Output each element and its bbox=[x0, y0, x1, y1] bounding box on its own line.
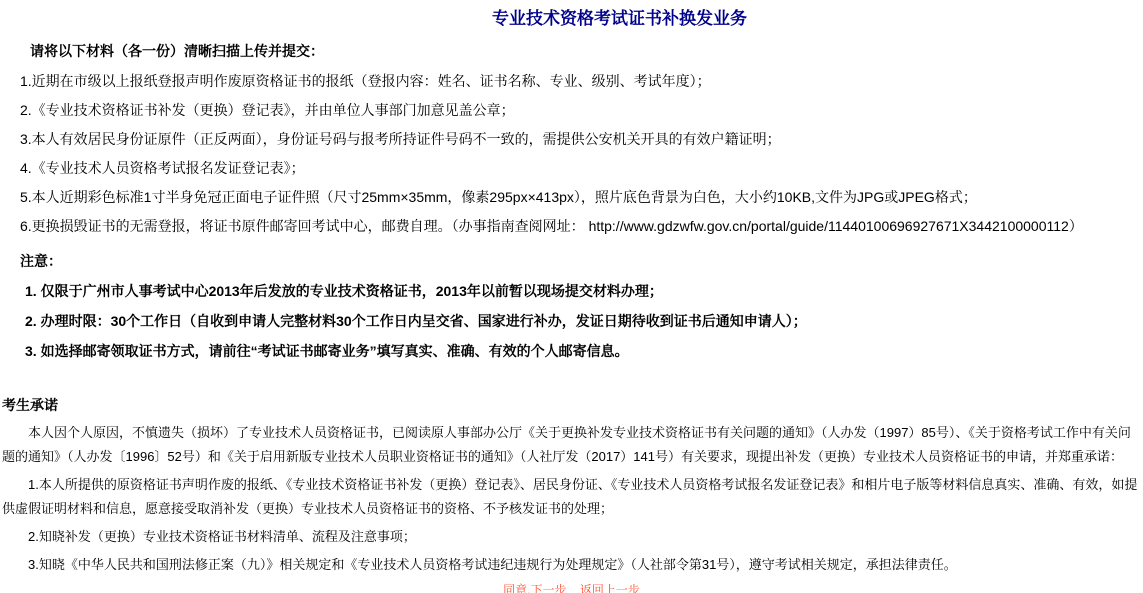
material-item-5: 5.本人近期彩色标准1寸半身免冠正面电子证件照（尺寸25mm×35mm，像素29… bbox=[20, 188, 1143, 206]
notice-item-2: 2. 办理时限：30个工作日（自收到申请人完整材料30个工作日内呈交省、国家进行… bbox=[25, 312, 1143, 330]
pledge-item-1: 1.本人所提供的原资格证书声明作废的报纸、《专业技术资格证书补发（更换）登记表》… bbox=[2, 473, 1141, 521]
material-item-1: 1.近期在市级以上报纸登报声明作废原资格证书的报纸（登报内容：姓名、证书名称、专… bbox=[20, 72, 1143, 90]
materials-heading: 请将以下材料（各一份）清晰扫描上传并提交： bbox=[30, 42, 1143, 61]
pledge-intro: 本人因个人原因，不慎遗失（损坏）了专业技术人员资格证书，已阅读原人事部办公厅《关… bbox=[2, 421, 1141, 469]
pledge-section: 考生承诺 本人因个人原因，不慎遗失（损坏）了专业技术人员资格证书，已阅读原人事部… bbox=[0, 396, 1143, 577]
materials-section: 请将以下材料（各一份）清晰扫描上传并提交： 1.近期在市级以上报纸登报声明作废原… bbox=[0, 42, 1143, 235]
pledge-heading: 考生承诺 bbox=[2, 396, 1143, 414]
pledge-item-2: 2.知晓补发（更换）专业技术资格证书材料清单、流程及注意事项； bbox=[2, 525, 1141, 549]
back-link[interactable]: 返回上一步 bbox=[580, 583, 640, 593]
notice-section: 注意： 1. 仅限于广州市人事考试中心2013年后发放的专业技术资格证书，201… bbox=[0, 252, 1143, 360]
material-item-3: 3.本人有效居民身份证原件（正反两面），身份证号码与报考所持证件号码不一致的，需… bbox=[20, 130, 1143, 148]
footer-actions: 同意,下一步 返回上一步 bbox=[0, 583, 1143, 593]
notice-item-3: 3. 如选择邮寄领取证书方式，请前往“考试证书邮寄业务”填写真实、准确、有效的个… bbox=[25, 342, 1143, 360]
material-item-4: 4.《专业技术人员资格考试报名发证登记表》； bbox=[20, 159, 1143, 177]
notice-item-1: 1. 仅限于广州市人事考试中心2013年后发放的专业技术资格证书，2013年以前… bbox=[25, 282, 1143, 300]
material-item-6: 6.更换损毁证书的无需登报，将证书原件邮寄回考试中心，邮费自理。（办事指南查阅网… bbox=[20, 217, 1143, 235]
certificate-reissue-page: 专业技术资格考试证书补换发业务 请将以下材料（各一份）清晰扫描上传并提交： 1.… bbox=[0, 0, 1143, 593]
material-item-2: 2.《专业技术资格证书补发（更换）登记表》，并由单位人事部门加意见盖公章； bbox=[20, 101, 1143, 119]
notice-heading: 注意： bbox=[20, 252, 1143, 270]
pledge-item-3: 3.知晓《中华人民共和国刑法修正案（九）》相关规定和《专业技术人员资格考试违纪违… bbox=[2, 553, 1141, 577]
page-title: 专业技术资格考试证书补换发业务 bbox=[48, 0, 1143, 30]
agree-next-link[interactable]: 同意,下一步 bbox=[503, 583, 566, 593]
